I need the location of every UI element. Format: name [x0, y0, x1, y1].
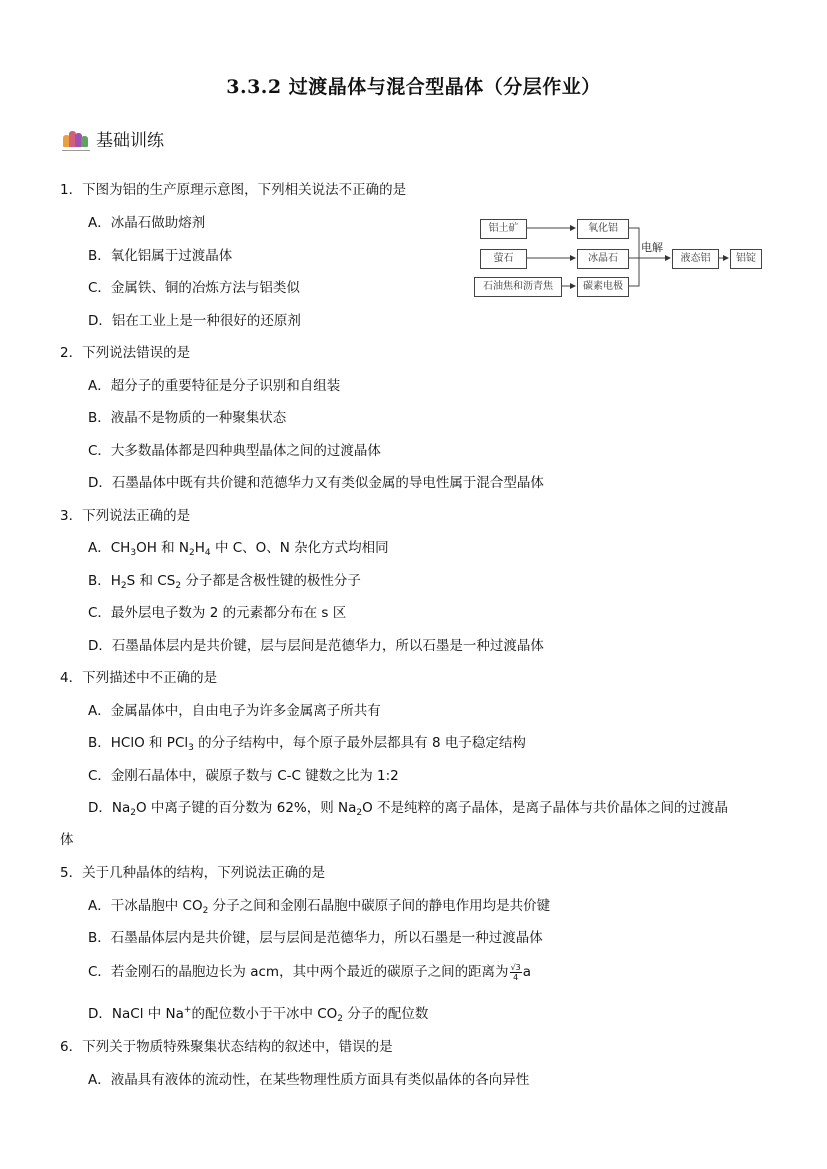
- fraction: √34: [510, 963, 522, 982]
- section-label: 基础训练: [96, 126, 164, 151]
- q4-option-b: B．HClO 和 PCl3 的分子结构中，每个原子最外层都具有 8 电子稳定结构: [88, 731, 526, 751]
- q6-option-a: A．液晶具有液体的流动性，在某些物理性质方面具有类似晶体的各向异性: [88, 1068, 529, 1088]
- q2-option-c: C．大多数晶体都是四种典型晶体之间的过渡晶体: [88, 439, 381, 459]
- q1-option-c: C．金属铁、铜的冶炼方法与铝类似: [88, 276, 300, 296]
- box-cryolite: 冰晶石: [577, 249, 629, 269]
- box-alumina: 氧化铝: [577, 219, 629, 239]
- question-4-stem: 4．下列描述中不正确的是: [60, 666, 217, 686]
- question-2-stem: 2．下列说法错误的是: [60, 341, 190, 361]
- box-liquid-aluminum: 液态铝: [672, 249, 719, 269]
- q1-option-a: A．冰晶石做助熔剂: [88, 211, 205, 231]
- box-aluminum-ingot: 铝锭: [730, 249, 762, 269]
- box-fluorite: 萤石: [480, 249, 527, 269]
- question-3-stem: 3．下列说法正确的是: [60, 504, 190, 524]
- q2-option-a: A．超分子的重要特征是分子识别和自组装: [88, 374, 340, 394]
- q3-option-a: A．CH3OH 和 N2H4 中 C、O、N 杂化方式均相同: [88, 536, 389, 556]
- q5-option-b: B．石墨晶体层内是共价键，层与层间是范德华力，所以石墨是一种过渡晶体: [88, 926, 543, 946]
- q3-option-d: D．石墨晶体层内是共价键，层与层间是范德华力，所以石墨是一种过渡晶体: [88, 634, 544, 654]
- q5-option-d: D．NaCl 中 Na+的配位数小于干冰中 CO2 分子的配位数: [88, 1002, 428, 1022]
- box-bauxite: 铝土矿: [480, 219, 527, 239]
- q1-option-d: D．铝在工业上是一种很好的还原剂: [88, 309, 301, 329]
- electrolysis-label: 电解: [641, 239, 663, 255]
- q5-option-c: C．若金刚石的晶胞边长为 acm，其中两个最近的碳原子之间的距离为√34a: [88, 960, 531, 982]
- q5-option-a: A．干冰晶胞中 CO2 分子之间和金刚石晶胞中碳原子间的静电作用均是共价键: [88, 894, 550, 914]
- q1-option-b: B．氧化铝属于过渡晶体: [88, 244, 232, 264]
- section-header: 基础训练: [62, 126, 164, 151]
- box-petroleum-coke: 石油焦和沥青焦: [474, 277, 562, 297]
- question-5-stem: 5．关于几种晶体的结构，下列说法正确的是: [60, 861, 325, 881]
- q2-option-b: B．液晶不是物质的一种聚集状态: [88, 406, 286, 426]
- q3-option-b: B．H2S 和 CS2 分子都是含极性键的极性分子: [88, 569, 361, 589]
- q4-option-c: C．金刚石晶体中，碳原子数与 C-C 键数之比为 1:2: [88, 764, 399, 784]
- question-6-stem: 6．下列关于物质特殊聚集状态结构的叙述中，错误的是: [60, 1035, 393, 1055]
- q4-option-d: D．Na2O 中离子键的百分数为 62%，则 Na2O 不是纯粹的离子晶体，是离…: [88, 796, 728, 816]
- document-title: 3.3.2 过渡晶体与混合型晶体（分层作业）: [0, 72, 827, 99]
- q4-option-d-continuation: 体: [60, 828, 74, 848]
- aluminum-production-diagram: 铝土矿 萤石 石油焦和沥青焦 氧化铝 冰晶石 碳素电极 电解 液态铝 铝锭: [472, 215, 772, 305]
- box-carbon-electrode: 碳素电极: [577, 277, 629, 297]
- books-icon: [62, 127, 90, 151]
- q3-option-c: C．最外层电子数为 2 的元素都分布在 s 区: [88, 601, 346, 621]
- q4-option-a: A．金属晶体中，自由电子为许多金属离子所共有: [88, 699, 381, 719]
- q2-option-d: D．石墨晶体中既有共价键和范德华力又有类似金属的导电性属于混合型晶体: [88, 471, 544, 491]
- question-1-stem: 1．下图为铝的生产原理示意图，下列相关说法不正确的是: [60, 178, 406, 198]
